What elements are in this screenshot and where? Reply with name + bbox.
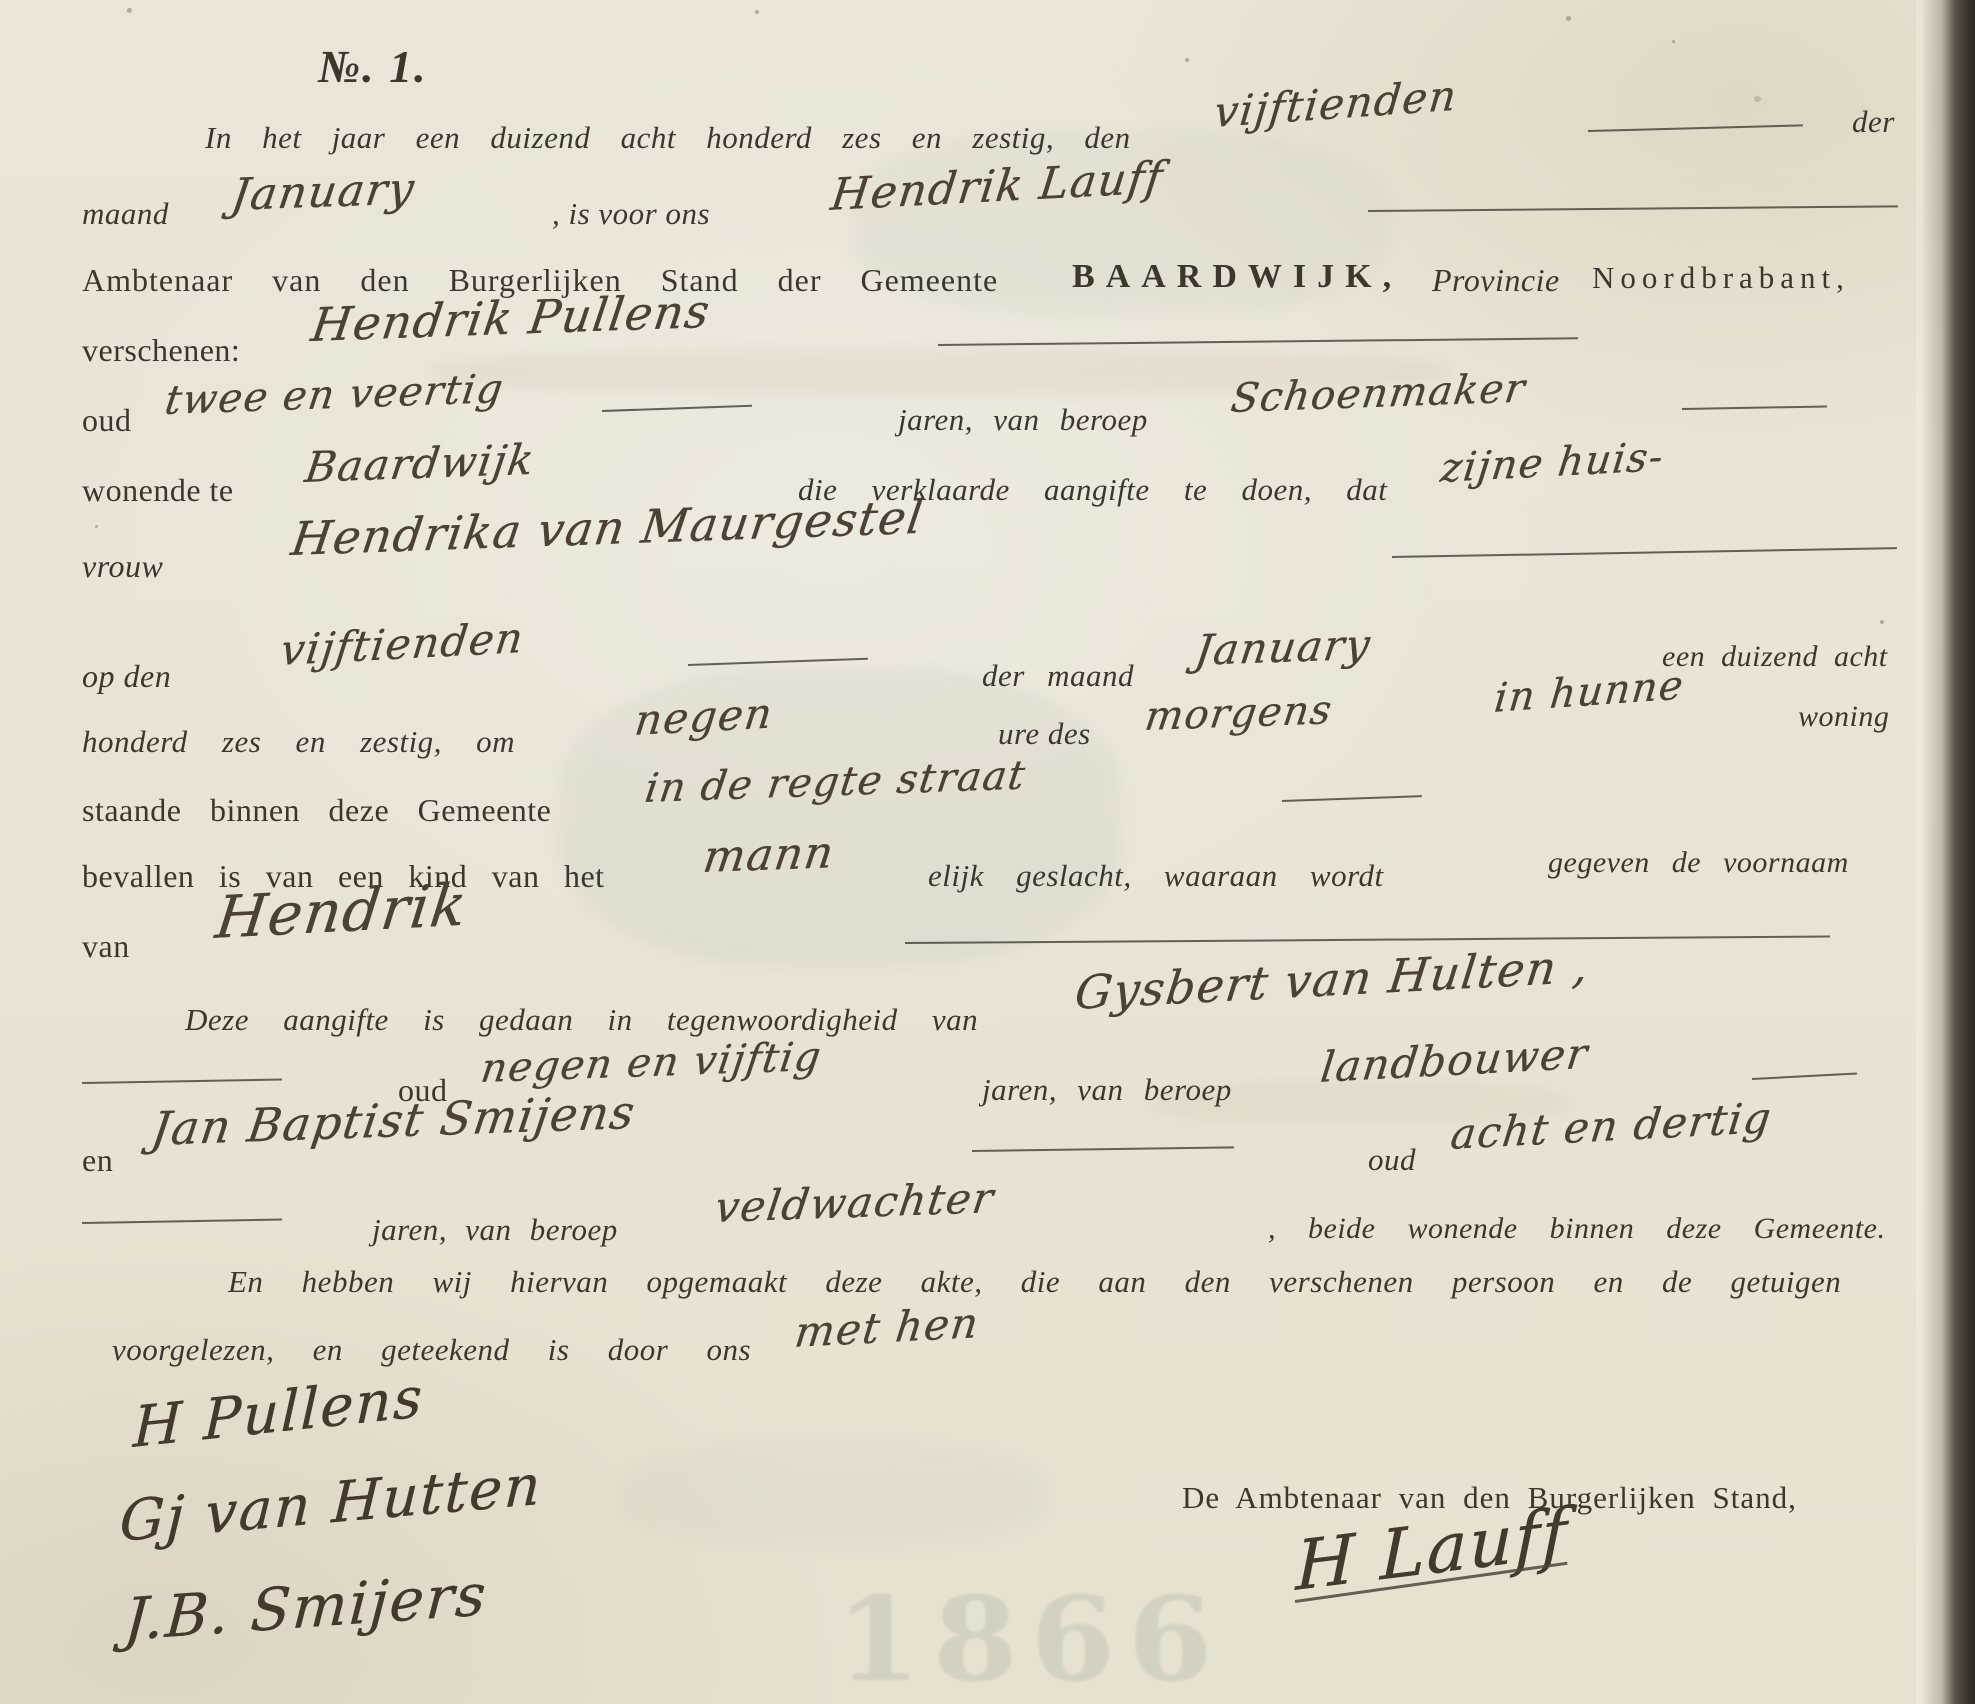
handwritten-birth-month: January [1192, 620, 1374, 675]
printed-en-hebben: En hebben wij hiervan opgemaakt deze akt… [228, 1264, 1841, 1300]
printed-province-name: Noordbrabant, [1592, 260, 1850, 296]
printed-city-name: BAARDWIJK, [1072, 258, 1402, 296]
signature-witness1: Gj van Hutten [118, 1453, 544, 1555]
fill-dash [1682, 405, 1827, 410]
paper-speck [1880, 620, 1884, 624]
paper-speck [127, 8, 132, 13]
printed-staande: staande binnen deze Gemeente [82, 792, 551, 829]
book-binding-edge [1923, 0, 1975, 1704]
printed-oud: oud [82, 402, 132, 439]
paper-speck [1566, 16, 1571, 21]
handwritten-child-name: Hendrik [212, 870, 471, 952]
fill-dash [1752, 1073, 1857, 1080]
page-edge-crease [1916, 0, 1923, 1704]
printed-verschenen: verschenen: [82, 332, 240, 369]
printed-honderd-om: honderd zes en zestig, om [82, 724, 515, 760]
handwritten-daypart: morgens [1142, 687, 1336, 740]
bleedthrough-smudge [620, 1440, 1050, 1550]
handwritten-birth-hour: negen [632, 688, 776, 745]
handwritten-day: vijftienden [1212, 71, 1460, 137]
paper-speck [1672, 40, 1675, 43]
printed-jaren-beroep: jaren, van beroep [898, 402, 1148, 438]
handwritten-met-hen: met hen [792, 1298, 982, 1357]
fill-dash [82, 1079, 282, 1084]
printed-intro-year: In het jaar een duizend acht honderd zes… [205, 120, 1131, 156]
handwritten-witness2-age: acht en dertig [1448, 1093, 1775, 1159]
printed-een-duizend-acht: een duizend acht [1662, 640, 1888, 674]
printed-oud-witness2: oud [1368, 1142, 1416, 1178]
fill-dash [905, 936, 1830, 944]
handwritten-wife-name: Hendrika van Maurgestel [288, 490, 927, 566]
printed-provincie-label: Provincie [1432, 262, 1560, 299]
printed-der-maand: der maand [982, 658, 1134, 694]
fill-dash [1282, 795, 1422, 802]
fill-dash [1392, 547, 1897, 558]
printed-voorgelezen: voorgelezen, en geteekend is door ons [112, 1332, 751, 1368]
handwritten-month: January [228, 163, 418, 221]
handwritten-zijne-huis: zijne huis- [1438, 434, 1667, 492]
printed-woning: woning [1798, 700, 1889, 734]
printed-van-label: van [82, 928, 130, 965]
signature-witness2: J.B. Smijers [122, 1560, 490, 1654]
handwritten-witness2-profession: veldwachter [712, 1173, 998, 1232]
handwritten-witness1-name: Gysbert van Hulten , [1072, 939, 1593, 1020]
signature-declarant: H Pullens [132, 1365, 425, 1461]
handwritten-residence: Baardwijk [302, 435, 538, 492]
printed-maand-label: maand [82, 196, 169, 232]
paper-speck [1185, 58, 1189, 62]
printed-ure-des: ure des [998, 716, 1091, 752]
printed-gegeven-voornaam: gegeven de voornaam [1548, 846, 1849, 880]
fill-dash [602, 405, 752, 412]
handwritten-birth-day: vijftienden [278, 613, 527, 675]
scanned-birth-certificate: { "certificate": { "number_label": "№. 1… [0, 0, 1975, 1704]
handwritten-declarant-profession: Schoenmaker [1228, 365, 1529, 422]
handwritten-gender: mann [700, 827, 838, 883]
printed-wonende-te: wonende te [82, 472, 234, 509]
printed-elijk-geslacht: elijk geslacht, waaraan wordt [928, 858, 1384, 894]
act-number: №. 1. [318, 40, 428, 93]
fill-dash [82, 1219, 282, 1224]
handwritten-street: in de regte straat [642, 752, 1029, 812]
fill-dash [1368, 205, 1898, 212]
paper-speck [755, 10, 759, 14]
bleedthrough-year: 1866 [836, 1572, 1225, 1704]
handwritten-witness1-profession: landbouwer [1318, 1029, 1591, 1092]
paper-speck [95, 525, 98, 528]
printed-deze-aangifte: Deze aangifte is gedaan in tegenwoordigh… [185, 1002, 978, 1038]
printed-en-label: en [82, 1142, 113, 1179]
handwritten-declarant-age: twee en veertig [162, 366, 507, 424]
printed-der: der [1852, 104, 1895, 140]
handwritten-witness1-age: negen en vijftig [478, 1034, 825, 1092]
fill-dash [938, 337, 1578, 346]
fill-dash [1588, 124, 1803, 132]
printed-is-voor-ons: , is voor ons [552, 196, 710, 232]
printed-vrouw-label: vrouw [82, 548, 163, 585]
paper-stain [1754, 96, 1761, 102]
fill-dash [972, 1146, 1234, 1152]
printed-op-den: op den [82, 658, 171, 695]
handwritten-in-hunne: in hunne [1492, 662, 1686, 722]
handwritten-witness2-name: Jan Baptist Smijens [148, 1085, 639, 1156]
fill-dash [688, 658, 868, 666]
printed-jaren-beroep-witness2: jaren, van beroep [372, 1212, 618, 1248]
handwritten-officer-name: Hendrik Lauff [828, 152, 1166, 221]
printed-beide-wonende: , beide wonende binnen deze Gemeente. [1268, 1212, 1886, 1246]
printed-jaren-beroep-witness1: jaren, van beroep [982, 1072, 1232, 1108]
